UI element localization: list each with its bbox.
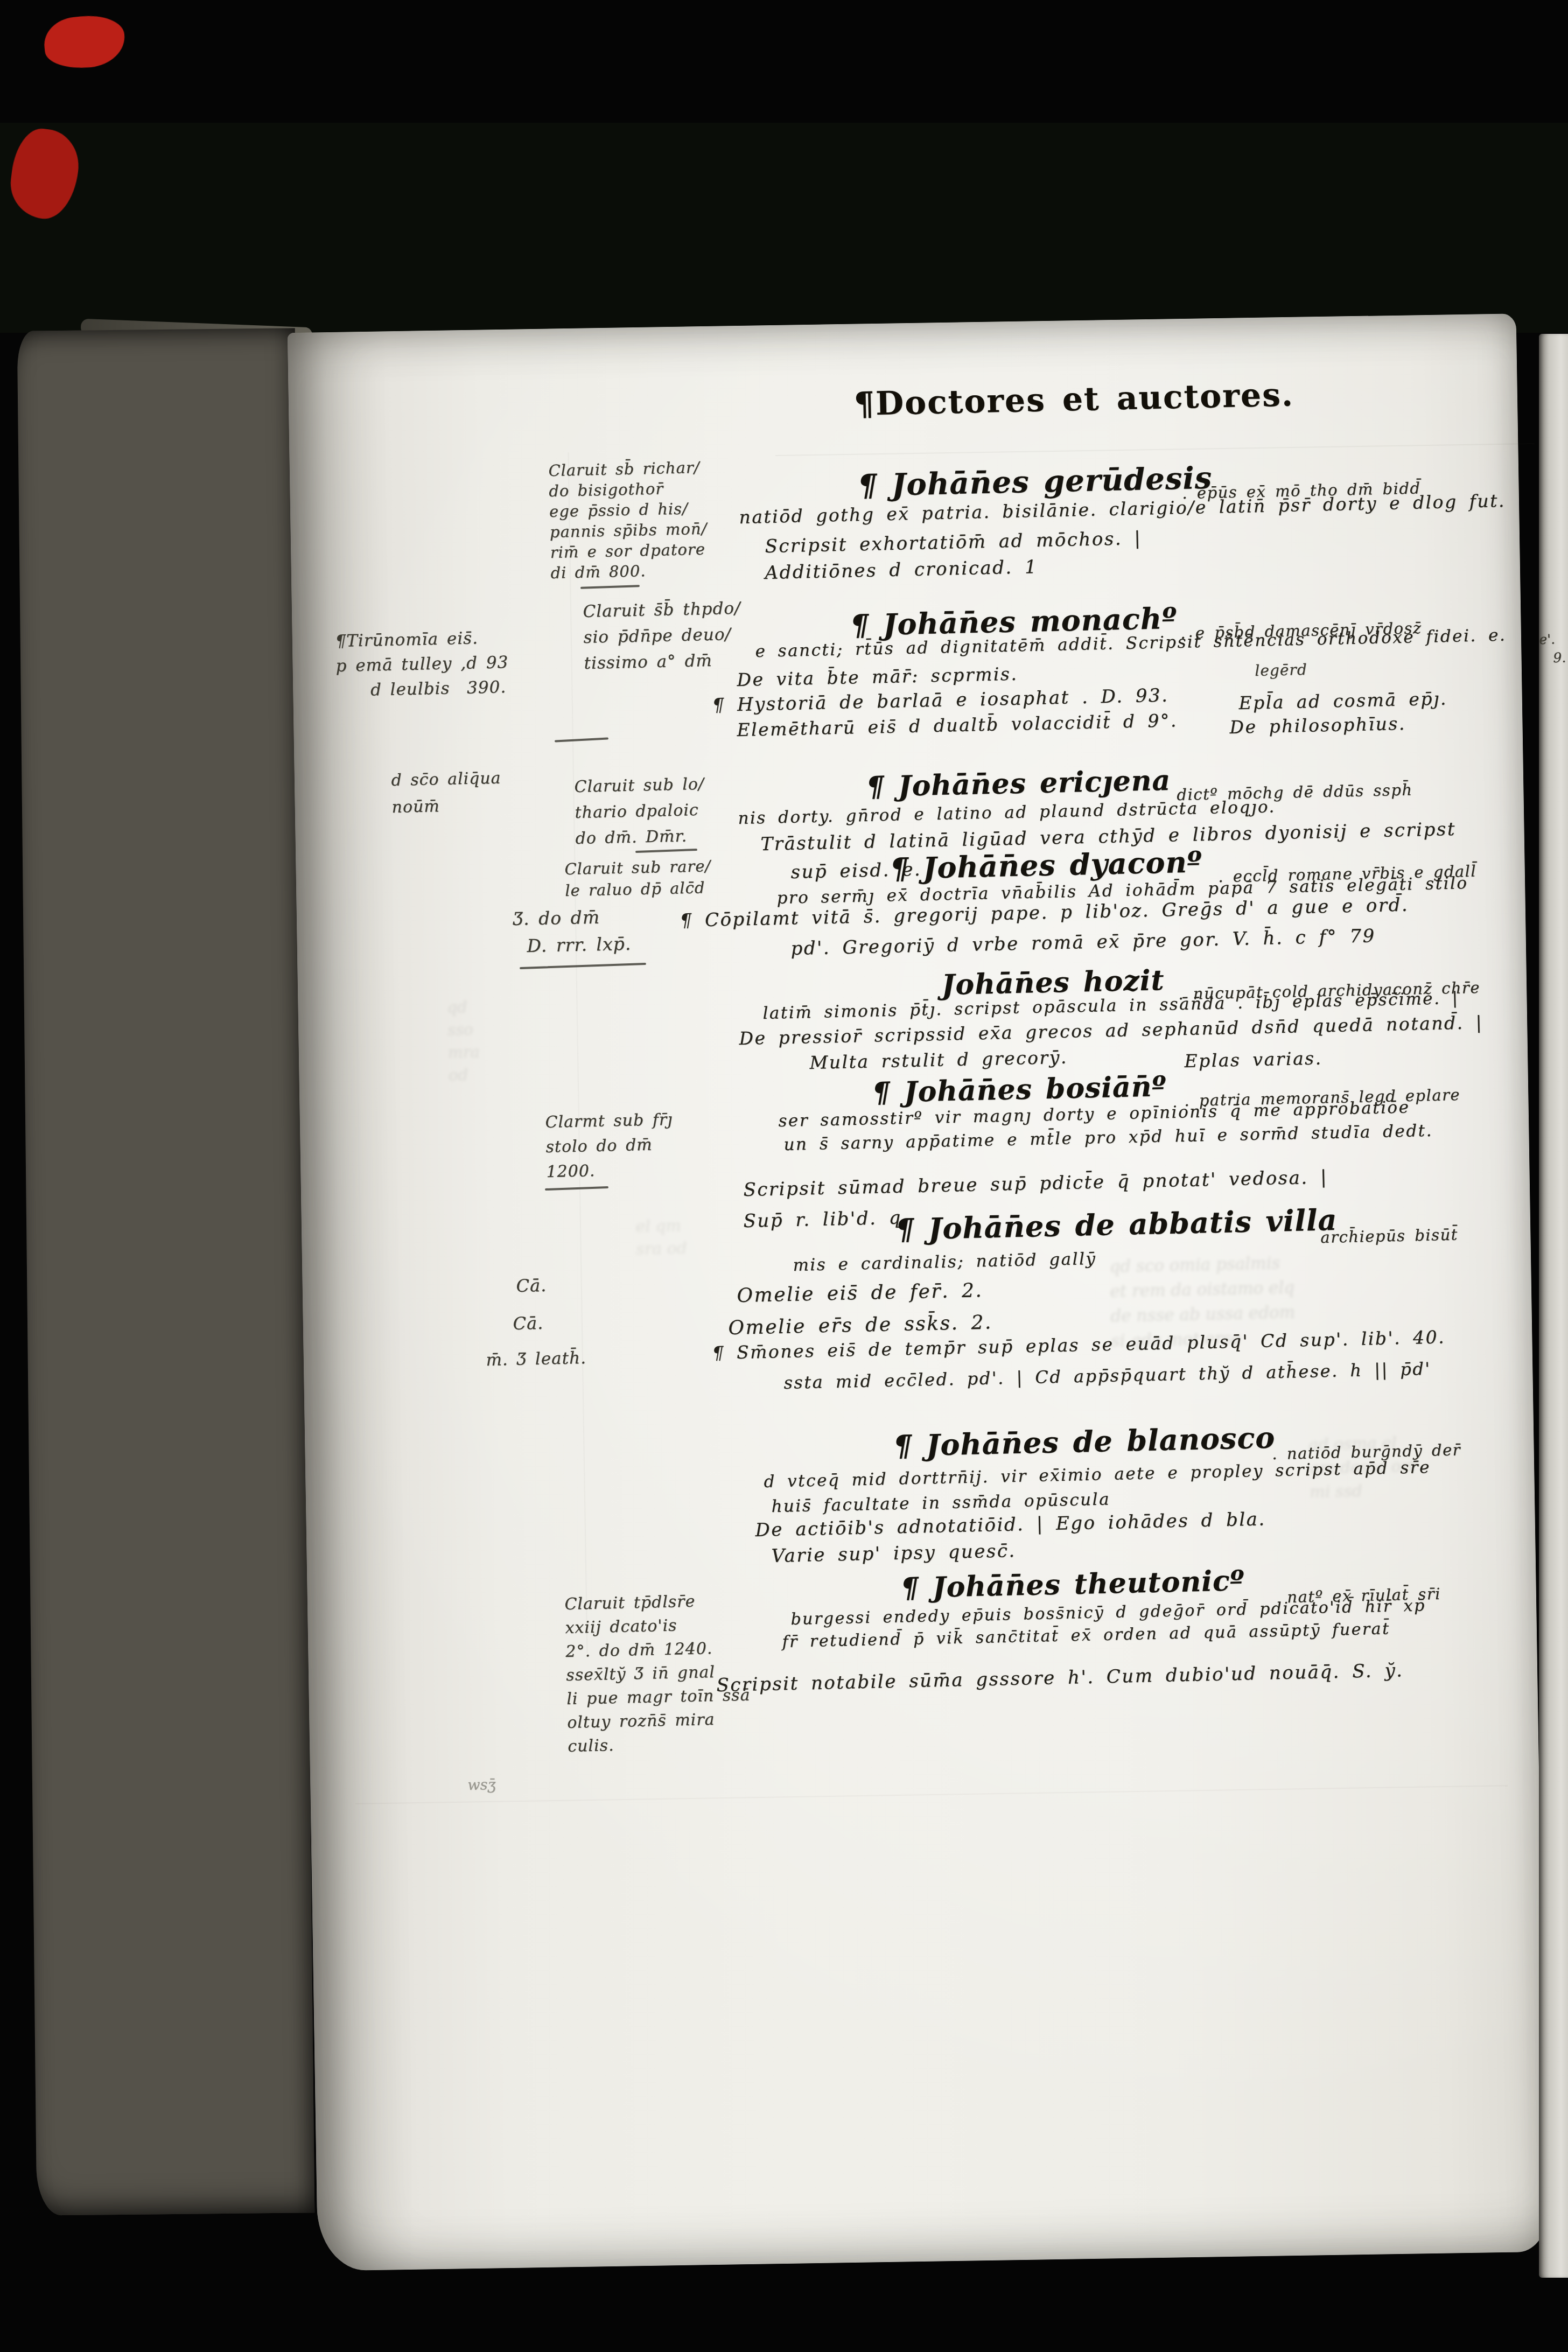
manuscript-line: Additiōnes d cronicad. 1 [765, 555, 1038, 585]
manuscript-line: qd sso mra od [447, 996, 480, 1087]
margin-note: legērd [1255, 660, 1307, 681]
manuscript-line: 9. [1553, 649, 1566, 667]
manuscript-line: ad osma el qm dessa ort mi ssd [1308, 1431, 1416, 1504]
margin-note: Claruit sb̄ richar/ do bisigothor̄ ege p… [548, 457, 708, 583]
margin-note: Cā. [516, 1275, 547, 1298]
entry-name-johannes-de-abbatis-villa: ¶ Johān̄es de abbatis villa [895, 1201, 1338, 1248]
manuscript-line: Omelie eis̄ de fer̄. 2. [737, 1278, 983, 1309]
entry-name-johannes-de-blanosco: ¶ Johān̄es de blanosco [893, 1419, 1276, 1465]
manuscript-line: Scripsit sūmad breue sup̄ pdict̄e q̄ pno… [743, 1165, 1328, 1202]
manuscript-line: De philosophīus. [1229, 712, 1406, 739]
text-layer: ¶Doctores et auctores.Claruit sb̄ richar… [0, 0, 1568, 2352]
manuscript-line: qd sco omia psalmis et rem da oistamo el… [1109, 1251, 1296, 1354]
manuscript-line: arch̄iepūs bisūt̄ [1320, 1224, 1458, 1248]
manuscript-line: e'. [1539, 631, 1555, 648]
manuscript-photo: ¶Doctores et auctores.Claruit sb̄ richar… [0, 0, 1568, 2352]
manuscript-line: Varie sup' ipsy quesc̄. [771, 1539, 1016, 1568]
manuscript-line: pd'. Gregoriȳ d vrbe romā ex̄ p̄re gor. … [790, 924, 1376, 961]
manuscript-line: Epl̄a ad cosmā ep̄ȷ. [1238, 688, 1447, 715]
margin-note: ¶Tirūnomīa eis̄. p emā tulley ,d 93 d le… [335, 625, 509, 703]
manuscript-line: Sup̄ r. lib'd. q. [743, 1206, 909, 1233]
margin-note: Ʒ. do dm̄ [513, 906, 600, 930]
manuscript-line: mis e cardinalis; natiōd gallȳ [793, 1248, 1097, 1277]
margin-note: Cā. [513, 1312, 544, 1335]
manuscript-line: el qm sra od [635, 1215, 687, 1261]
manuscript-line: wsʒ̄ [467, 1775, 496, 1795]
page-heading: ¶Doctores et auctores. [853, 374, 1294, 425]
manuscript-line: Scripsit notabile sūm̄a gsssore h'. Cum … [716, 1658, 1404, 1697]
manuscript-line: Scripsit exhortatiōm̄ ad mōchos. | [765, 527, 1142, 558]
margin-note: m̄. Ʒ leath̄. [486, 1347, 586, 1371]
margin-note: Clarmt sub fr̄ȷ stolo do dm̄ 1200. [545, 1108, 674, 1185]
manuscript-line: Eplas varias. [1184, 1047, 1322, 1073]
margin-note: Claruit sub lo/ thario dpaloic do dm̄. D… [574, 772, 706, 852]
margin-note: D. rrr. lxp̄. [527, 933, 632, 958]
margin-note: Claruit sub rare/ le raluo dp̄ alc̄d [564, 855, 711, 901]
margin-note: d sc̄o aliq̄ua noūm̄ [391, 765, 502, 821]
manuscript-line: Multa rstulit d grecorȳ. [809, 1046, 1068, 1075]
manuscript-line: ssta mid ecc̄led. pd'. | Cd app̄sp̄quart… [783, 1358, 1431, 1395]
margin-note: Claruit s̄b̄ thpdo/ sio p̄dn̄pe deuo/ ti… [583, 596, 742, 676]
